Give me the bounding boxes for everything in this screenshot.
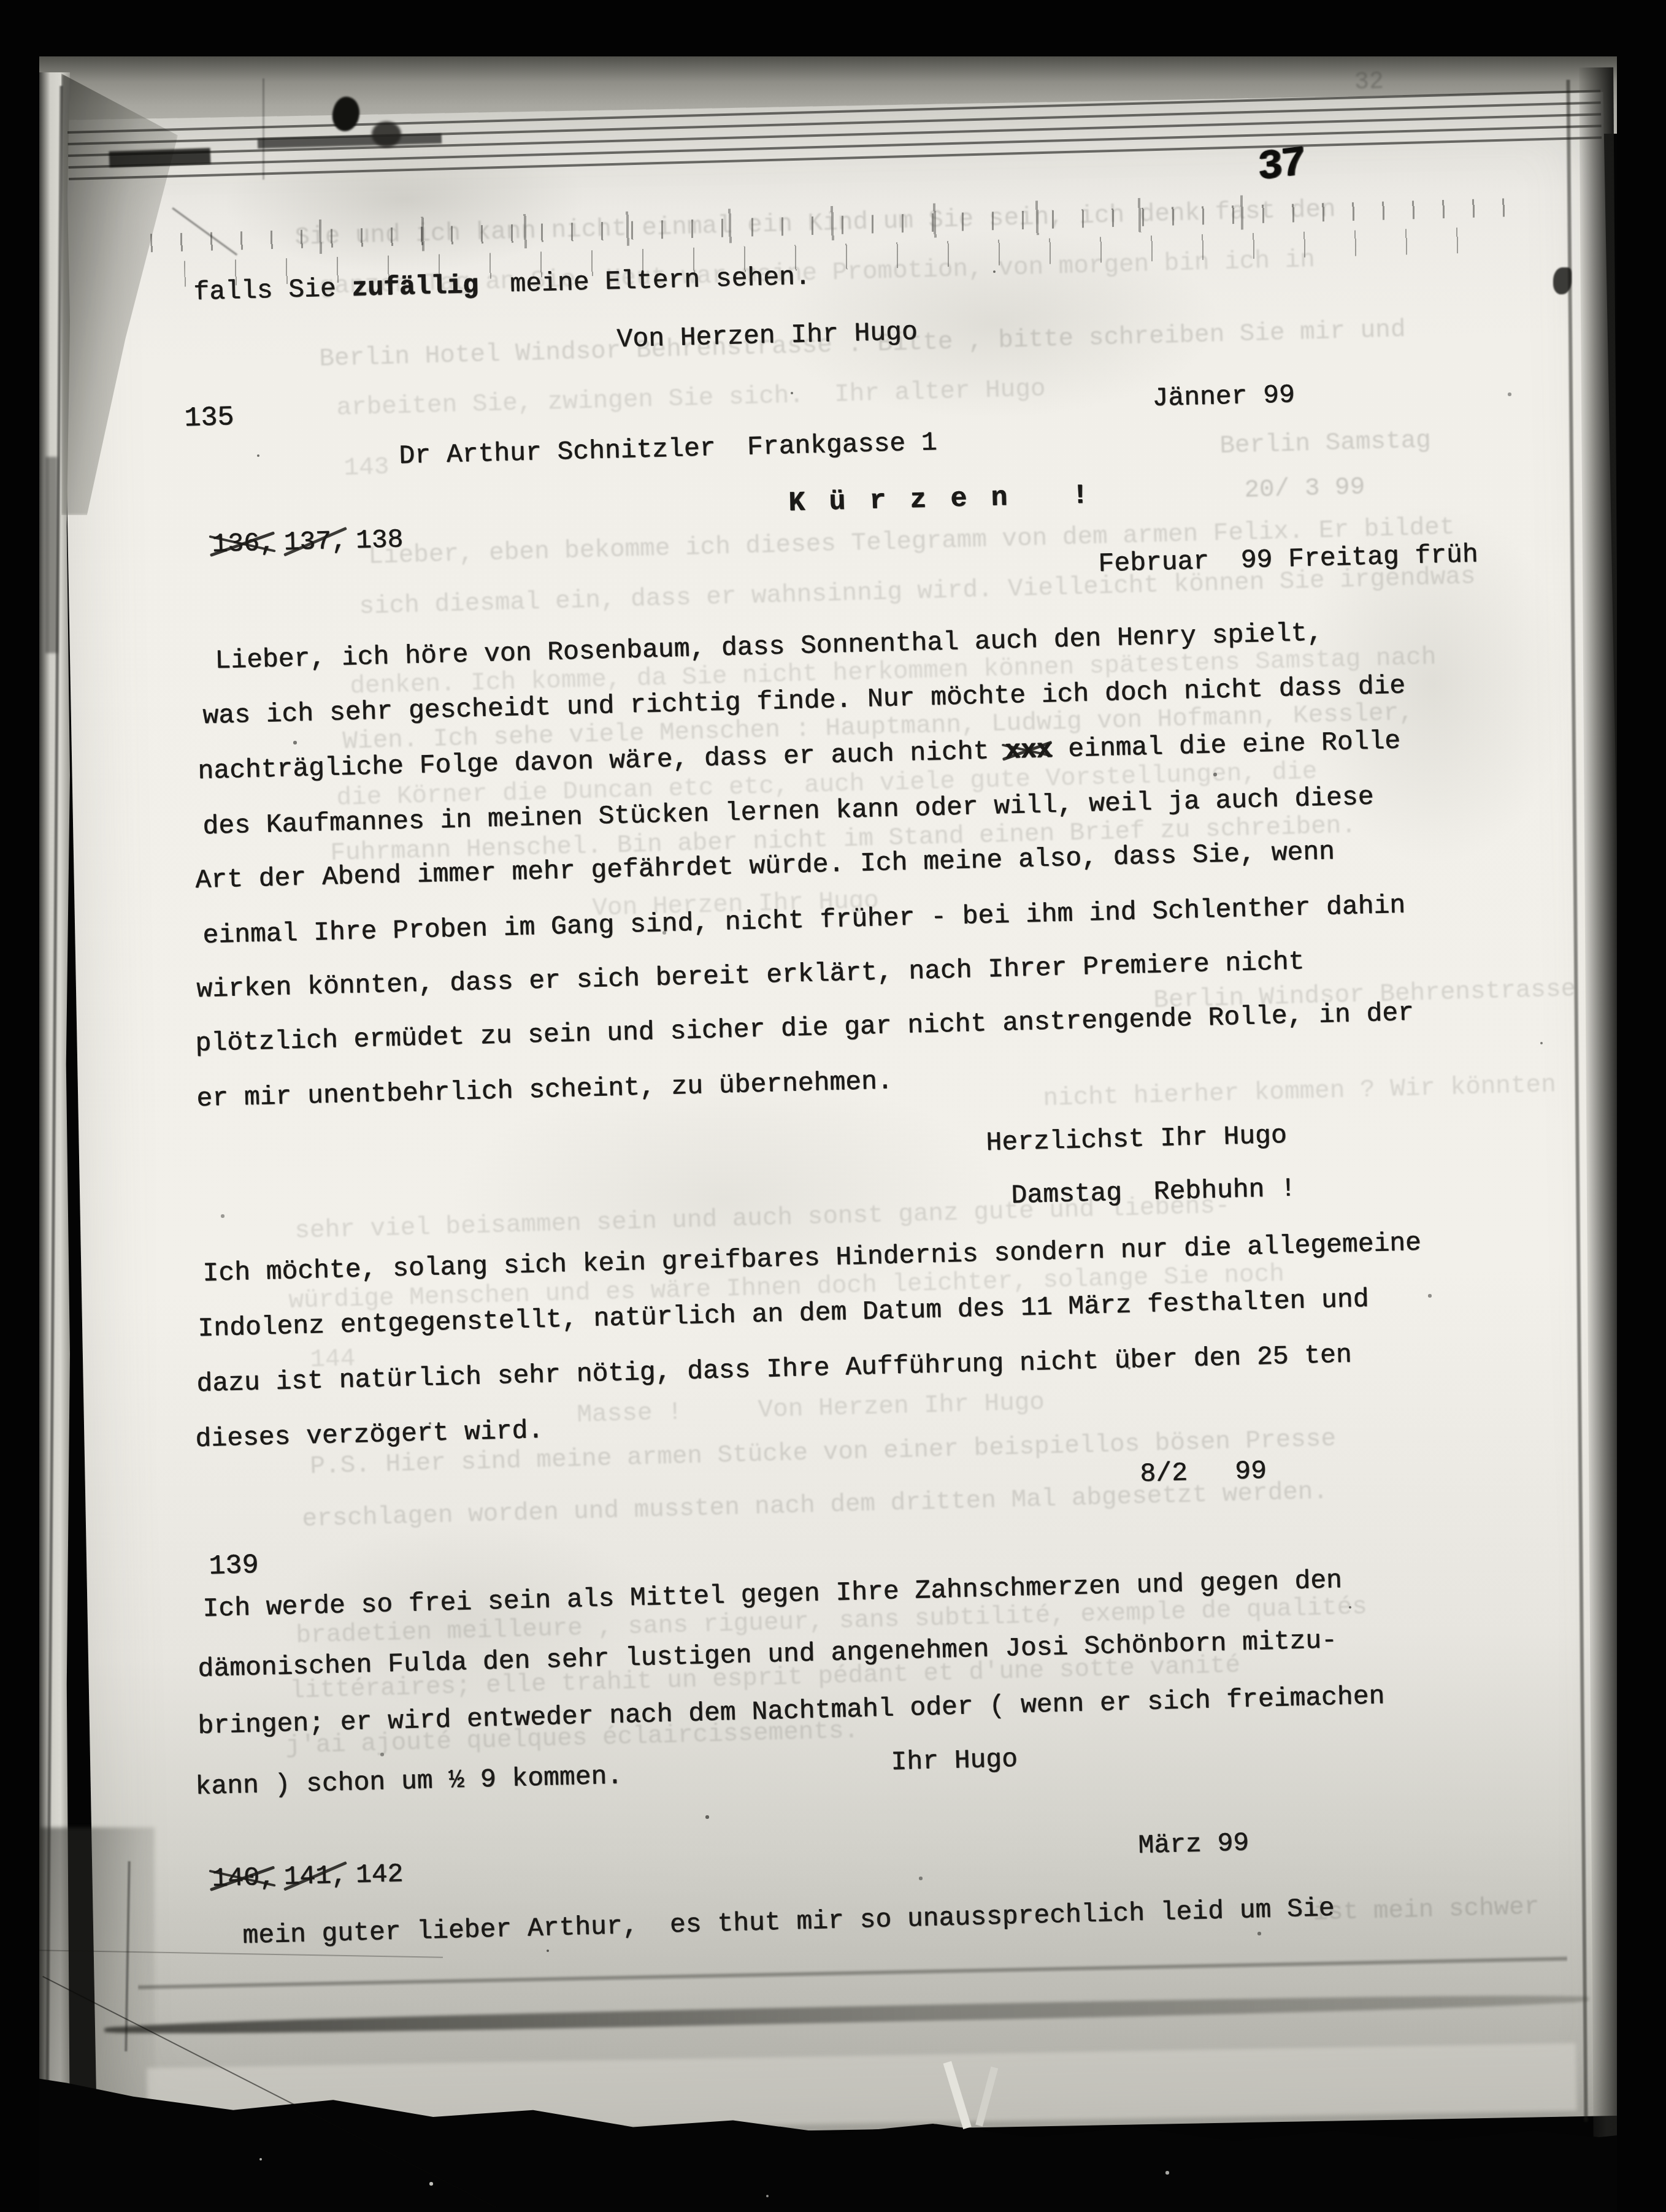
typed-signoff-ihr-hugo: Ihr Hugo: [891, 1746, 1018, 1775]
handwritten-page-number: 37: [1257, 139, 1305, 192]
photo-frame-top: [0, 0, 1666, 56]
typed-date-8-2-99: 8/2 99: [1140, 1458, 1267, 1487]
left-edge-smudge: [45, 457, 58, 653]
typed-segment-overstruck: zufällig: [351, 270, 479, 303]
fold-mark-right-bar: [975, 2067, 998, 2127]
number-142: 142: [355, 1861, 403, 1888]
struck-number-140: 140,: [212, 1864, 275, 1892]
struck-number-136: 136,: [212, 529, 275, 557]
typed-number-row-136-138: 136,137,138: [212, 526, 412, 557]
faint-corner-number: 32: [1354, 68, 1384, 97]
photo-frame-right: [1617, 0, 1666, 2212]
typed-line-von-herzen: Von Herzen Ihr Hugo: [616, 319, 918, 353]
typed-segment: falls Sie: [193, 273, 352, 307]
overstruck-word: xxx: [1005, 735, 1053, 766]
page-fold-triangle-mark: [954, 2059, 1028, 2133]
light-specks: [0, 0, 1, 1]
ghost-line: Berlin Samstag: [1219, 429, 1431, 459]
top-vertical-crease: [263, 78, 264, 180]
struck-number-141: 141,: [283, 1862, 347, 1890]
ink-blob-2: [372, 121, 401, 147]
struck-number-137: 137,: [283, 527, 347, 556]
number-138: 138: [355, 526, 403, 554]
right-edge-blob: [1553, 267, 1572, 294]
typed-number-135: 135: [184, 404, 234, 432]
typed-signoff-herzlichst: Herzlichst Ihr Hugo: [986, 1122, 1287, 1156]
typed-number-row-140-142: 140,141,142: [212, 1861, 412, 1892]
ghost-line: 20/ 3 99: [1244, 475, 1365, 503]
photo-frame-left: [0, 0, 39, 2212]
typed-line-damstag: Damstag Rebhuhn !: [1011, 1175, 1296, 1209]
ghost-line: 143: [344, 455, 390, 481]
typed-date-maerz: März 99: [1138, 1829, 1249, 1859]
scanned-letter-photo: 32 37 Sie und ich kann nicht einmal ein …: [0, 0, 1666, 2212]
ghost-line: ist mein schwer: [1313, 1895, 1540, 1926]
typed-date-jaenner: Jänner 99: [1152, 381, 1295, 411]
typed-number-139: 139: [209, 1552, 259, 1580]
typed-line-kuerzen: K ü r z e n !: [788, 481, 1092, 517]
